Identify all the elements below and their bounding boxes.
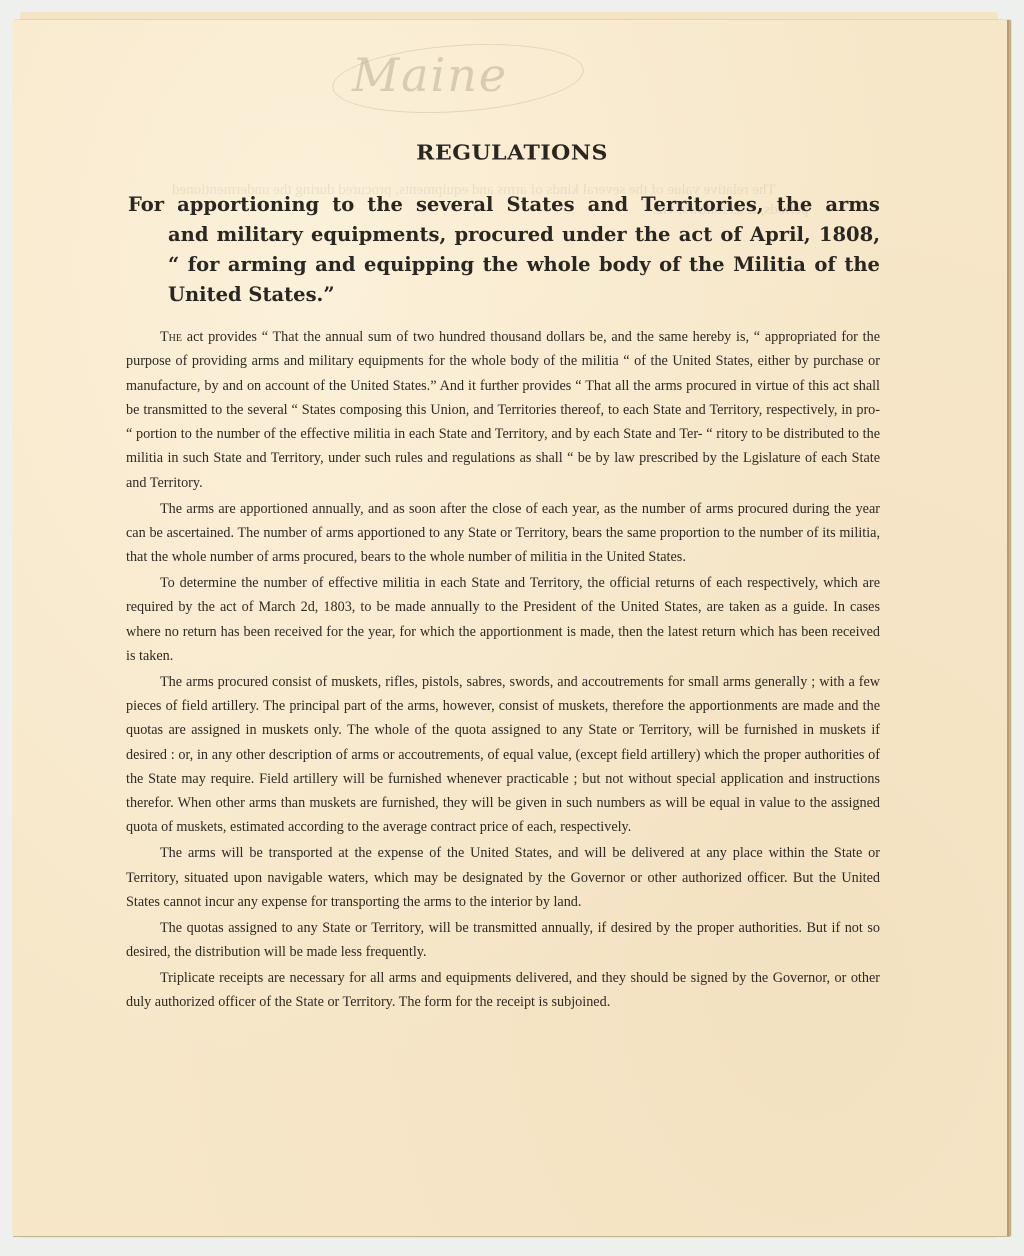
paragraph-act-provision: The act provides “ That the annual sum o… bbox=[126, 325, 880, 495]
paragraph-quotas: The quotas assigned to any State or Terr… bbox=[126, 916, 880, 965]
paragraph-receipts: Triplicate receipts are necessary for al… bbox=[126, 966, 880, 1015]
document-title: REGULATIONS bbox=[0, 141, 1024, 166]
paragraph-lead-word: The bbox=[160, 329, 182, 345]
subtitle-line-1: ForapportioningtotheseveralStatesandTerr… bbox=[128, 190, 880, 220]
paragraph-effective-militia: To determine the number of effective mil… bbox=[126, 571, 880, 668]
subtitle-line-2: andmilitaryequipments,procuredundertheac… bbox=[128, 220, 880, 250]
subtitle-line-3: “forarmingandequippingthewholebodyoftheM… bbox=[128, 250, 880, 280]
subtitle-line-4: United States.” bbox=[128, 280, 880, 310]
document-body: The act provides “ That the annual sum o… bbox=[126, 325, 880, 1016]
paragraph-transport: The arms will be transported at the expe… bbox=[126, 841, 880, 914]
paragraph-apportionment: The arms are apportioned annually, and a… bbox=[126, 497, 880, 570]
handwritten-note: Maine bbox=[352, 48, 508, 102]
document-subtitle: ForapportioningtotheseveralStatesandTerr… bbox=[128, 190, 880, 310]
paragraph-arms-procured: The arms procured consist of muskets, ri… bbox=[126, 670, 880, 840]
